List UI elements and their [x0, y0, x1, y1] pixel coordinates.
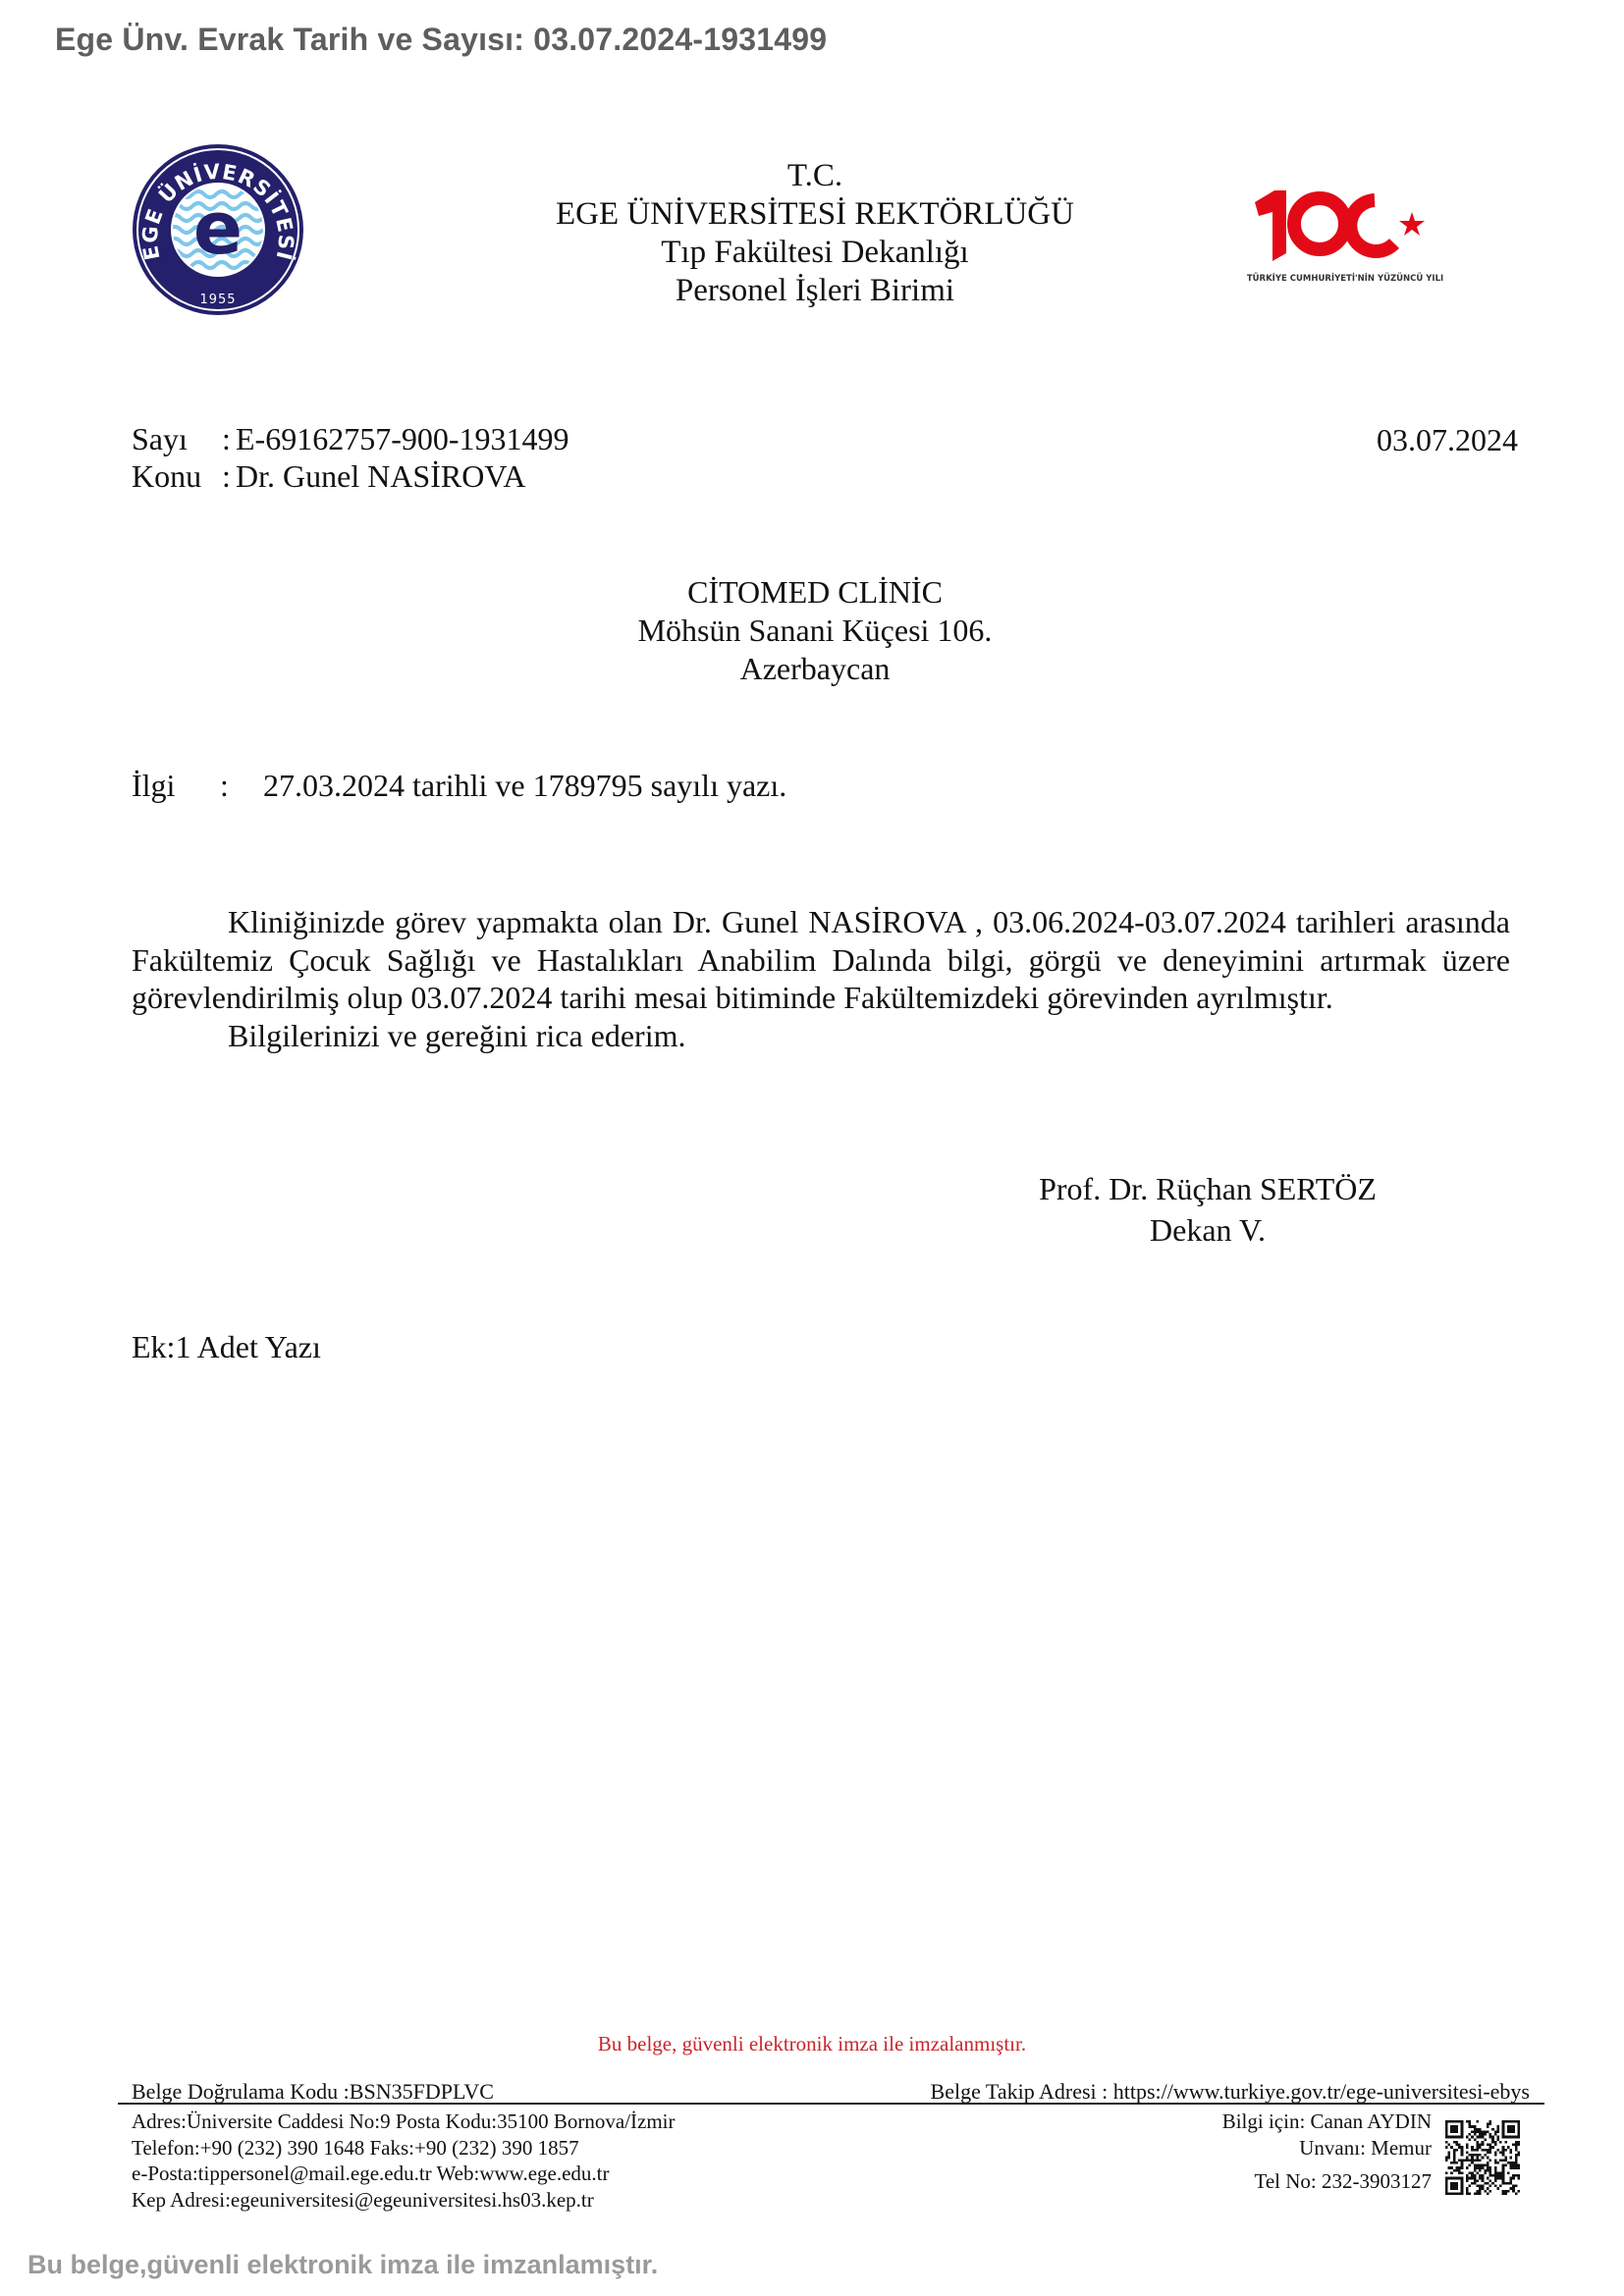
addressee-street: Möhsün Sanani Küçesi 106. — [491, 612, 1139, 650]
document-number-row: Sayı:E-69162757-900-1931499 — [132, 420, 569, 457]
esignature-notice: Bu belge, güvenli elektronik imza ile im… — [0, 2032, 1624, 2056]
contact-person-block: Bilgi için: Canan AYDIN Unvanı: Memur Te… — [1222, 2109, 1432, 2195]
letter-body: Kliniğinizde görev yapmakta olan Dr. Gun… — [132, 903, 1510, 1054]
konu-value: Dr. Gunel NASİROVA — [236, 458, 525, 494]
sayi-value: E-69162757-900-1931499 — [236, 421, 569, 456]
footer-divider — [118, 2103, 1544, 2105]
signatory-title: Dekan V. — [982, 1209, 1434, 1251]
letterhead-unit: Personel İşleri Birimi — [491, 272, 1139, 310]
body-paragraph-main: Kliniğinizde görev yapmakta olan Dr. Gun… — [132, 903, 1510, 1017]
institution-kep-address: Kep Adresi:egeuniversitesi@egeuniversite… — [132, 2187, 676, 2214]
letterhead-tc: T.C. — [491, 157, 1139, 195]
body-paragraph-closing: Bilgilerinizi ve gereğini rica ederim. — [132, 1017, 1510, 1055]
tracking-address-link[interactable]: Belge Takip Adresi : https://www.turkiye… — [931, 2079, 1530, 2105]
signatory-name: Prof. Dr. Rüçhan SERTÖZ — [982, 1168, 1434, 1209]
letterhead: T.C. EGE ÜNİVERSİTESİ REKTÖRLÜĞÜ Tıp Fak… — [491, 157, 1139, 310]
contact-person: Bilgi için: Canan AYDIN — [1222, 2109, 1432, 2135]
addressee-name: CİTOMED CLİNİC — [491, 573, 1139, 612]
ege-university-logo-icon: e EGE ÜNİVERSİTESİ 1955 — [132, 143, 304, 316]
contact-title: Unvanı: Memur — [1222, 2135, 1432, 2162]
reference-row: İlgi:27.03.2024 tarihli ve 1789795 sayıl… — [132, 768, 786, 804]
attachment-note: Ek:1 Adet Yazı — [132, 1329, 321, 1365]
institution-address: Adres:Üniversite Caddesi No:9 Posta Kodu… — [132, 2109, 676, 2135]
ilgi-label: İlgi — [132, 768, 220, 804]
addressee-country: Azerbaycan — [491, 650, 1139, 688]
institution-phone-fax: Telefon:+90 (232) 390 1648 Faks:+90 (232… — [132, 2135, 676, 2162]
institution-contact: Adres:Üniversite Caddesi No:9 Posta Kodu… — [132, 2109, 676, 2213]
konu-label: Konu — [132, 457, 222, 495]
sayi-label: Sayı — [132, 420, 222, 457]
centennial-caption: TÜRKİYE CUMHURİYETİ'NİN YÜZÜNCÜ YILI — [1247, 273, 1443, 284]
institution-email-web[interactable]: e-Posta:tippersonel@mail.ege.edu.tr Web:… — [132, 2161, 676, 2187]
signature-block: Prof. Dr. Rüçhan SERTÖZ Dekan V. — [982, 1168, 1434, 1251]
letterhead-university: EGE ÜNİVERSİTESİ REKTÖRLÜĞÜ — [491, 195, 1139, 234]
verification-code: Belge Doğrulama Kodu :BSN35FDPLVC — [132, 2079, 494, 2105]
turkiye-centennial-logo-icon: TÜRKİYE CUMHURİYETİ'NİN YÜZÜNCÜ YILI — [1247, 183, 1443, 291]
ege-letter: e — [193, 187, 243, 271]
document-date: 03.07.2024 — [1377, 422, 1518, 458]
esignature-stamp: Bu belge,güvenli elektronik imza ile imz… — [27, 2250, 658, 2280]
addressee-block: CİTOMED CLİNİC Möhsün Sanani Küçesi 106.… — [491, 573, 1139, 688]
qr-code-icon[interactable] — [1440, 2120, 1525, 2195]
subject-row: Konu:Dr. Gunel NASİROVA — [132, 457, 525, 495]
letterhead-faculty: Tıp Fakültesi Dekanlığı — [491, 234, 1139, 272]
contact-tel: Tel No: 232-3903127 — [1222, 2168, 1432, 2195]
document-date-number-stamp: Ege Ünv. Evrak Tarih ve Sayısı: 03.07.20… — [55, 22, 827, 58]
ege-founding-year: 1955 — [199, 293, 236, 307]
ilgi-text: 27.03.2024 tarihli ve 1789795 sayılı yaz… — [263, 768, 786, 803]
